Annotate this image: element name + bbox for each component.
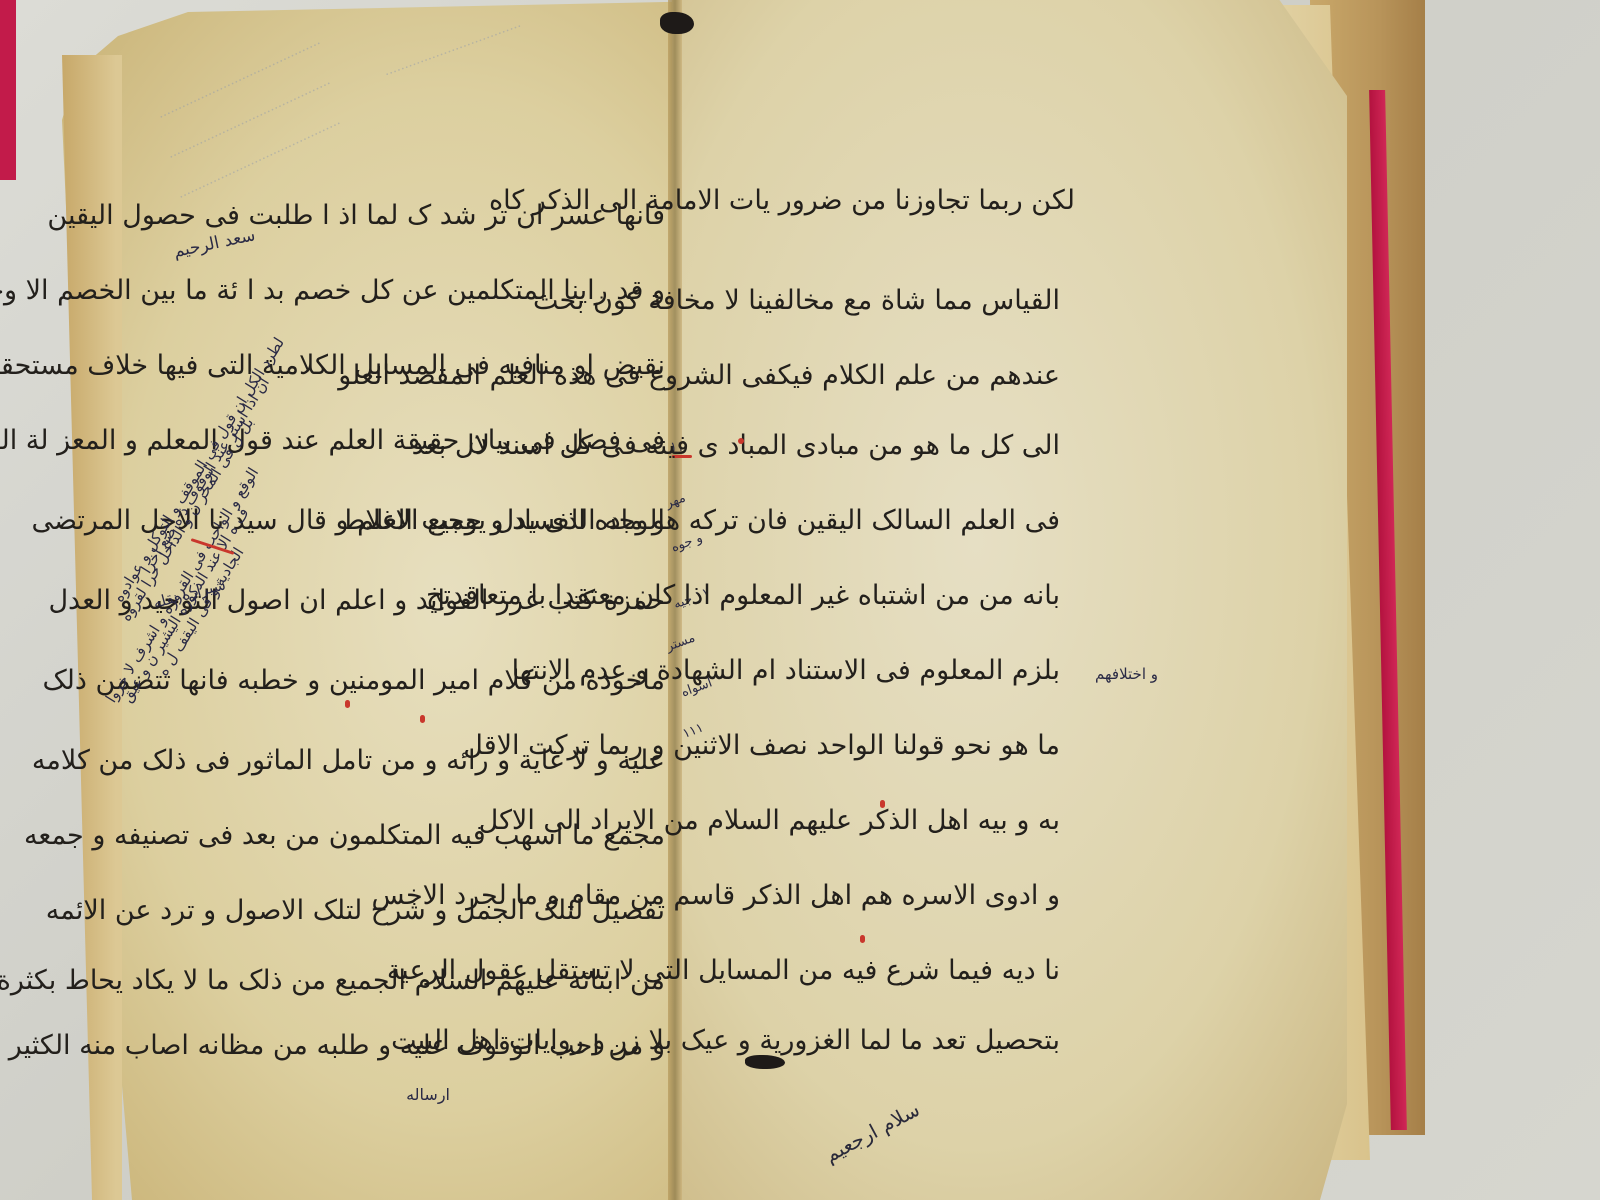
catchword: ارساله — [406, 1085, 450, 1104]
right-text-line: بانه من من اشتباه غیر المعلوم اذا کان مع… — [426, 580, 1060, 611]
right-text-line: به و بیه اهل الذکر علیهم السلام من الایر… — [479, 805, 1060, 836]
paper-damage-hole — [745, 1055, 785, 1069]
right-text-line: فی العلم السالک الیقین فان ترکه هو ماده … — [340, 505, 1060, 536]
right-text-line: بتحصیل تعد ما لما الغزوریة و عیک بلا زر … — [391, 1025, 1060, 1056]
right-text-line: القیاس مما شاة مع مخالفینا لا مخافة کون … — [533, 285, 1060, 316]
right-text-line: الی کل ما هو من مبادی المباد ی فینه فی ک… — [412, 430, 1060, 461]
open-manuscript: ........................................… — [0, 0, 1600, 1200]
paper-damage-hole — [660, 12, 694, 34]
right-text-line: بلزم المعلوم فی الاستناد ام الشهادة و عد… — [512, 655, 1060, 686]
red-mark — [880, 800, 885, 808]
right-text-line: ما هو نحو قولنا الواحد نصف الاثنین و ربم… — [463, 730, 1060, 761]
red-mark — [860, 935, 865, 943]
right-text-line: لکن ربما تجاوزنا من ضرور یات الامامة الی… — [489, 185, 1075, 216]
right-text-line: و ادوی الاسره هم اهل الذکر قاسم من مقام … — [372, 880, 1060, 911]
red-mark — [738, 438, 744, 444]
right-text-line: عندهم من علم الکلام فیکفی الشروع فی هذه … — [338, 360, 1060, 391]
right-margin-note: و اختلافهم — [1095, 665, 1158, 683]
red-mark — [420, 715, 425, 723]
red-mark — [345, 700, 350, 708]
right-text-line: نا دیه فیما شرع فیه من المسایل التی لا ت… — [387, 955, 1060, 986]
